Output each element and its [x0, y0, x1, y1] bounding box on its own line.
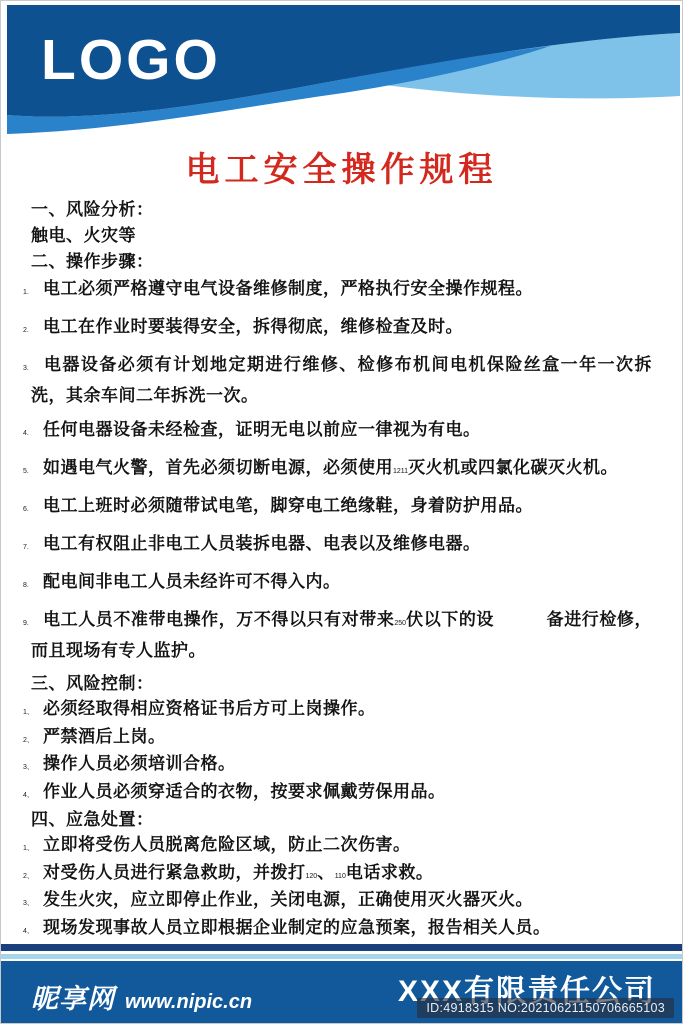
line-text: 四、应急处置：	[31, 810, 154, 829]
body-line: 6.电工上班时必须随带试电笔，脚穿电工绝缘鞋，身着防护用品。	[31, 492, 652, 523]
line-text: 、	[317, 863, 335, 882]
list-marker: 9.	[23, 610, 37, 637]
line-text: 现场发现事故人员立即根据企业制定的应急预案，报告相关人员。	[43, 918, 551, 937]
site-logo-text: 昵享网	[31, 984, 115, 1014]
body-line: 5.如遇电气火警，首先必须切断电源，必须使用1211灭火机或四氯化碳灭火机。	[31, 454, 652, 485]
list-marker: 2、	[23, 729, 37, 753]
line-text: 操作人员必须培训合格。	[43, 754, 236, 773]
body-line: 4、现场发现事故人员立即根据企业制定的应急预案，报告相关人员。	[31, 916, 652, 944]
body-line: 9.电工人员不准带电操作，万不得以只有对带来250伏以下的设 备进行检修，而且现…	[31, 606, 652, 664]
line-text: 灭火机或四氯化碳灭火机。	[408, 458, 618, 477]
list-marker: 2、	[23, 865, 37, 889]
line-text: 如遇电气火警，首先必须切断电源，必须使用	[43, 458, 393, 477]
list-marker: 3、	[23, 892, 37, 916]
body-line: 3.电器设备必须有计划地定期进行维修、检修布机间电机保险丝盒一年一次拆洗，其余车…	[31, 351, 652, 409]
line-text: 一、风险分析：	[31, 200, 154, 219]
line-text: 电话求救。	[346, 863, 434, 882]
section-heading: 四、应急处置：	[31, 807, 652, 833]
footer-bar: 昵享网www.nipic.cn XXX有限责任公司 ID:4918315 NO:…	[1, 961, 682, 1023]
line-text: 触电、火灾等	[31, 226, 136, 245]
list-marker: 3.	[23, 355, 37, 382]
id-watermark: ID:4918315 NO:20210621150706665103	[417, 998, 674, 1018]
body-line: 2、对受伤人员进行紧急救助，并拨打120、110电话求救。	[31, 861, 652, 889]
line-text: 任何电器设备未经检查，证明无电以前应一律视为有电。	[43, 420, 481, 439]
body-line: 3、发生火灾，应立即停止作业，关闭电源，正确使用灭火器灭火。	[31, 888, 652, 916]
line-text: 电工必须严格遵守电气设备维修制度，严格执行安全操作规程。	[43, 279, 533, 298]
site-credit: 昵享网www.nipic.cn	[31, 977, 252, 1016]
section-heading: 三、风险控制：	[31, 671, 652, 697]
line-text: 电工有权阻止非电工人员装拆电器、电表以及维修电器。	[43, 534, 481, 553]
body-line: 3、操作人员必须培训合格。	[31, 752, 652, 780]
tiny-number: 110	[335, 873, 346, 880]
tiny-number: 120	[306, 873, 318, 880]
list-marker: 4、	[23, 784, 37, 808]
body-line: 4.任何电器设备未经检查，证明无电以前应一律视为有电。	[31, 416, 652, 447]
line-text: 对受伤人员进行紧急救助，并拨打	[43, 863, 306, 882]
list-marker: 7.	[23, 534, 37, 561]
section-heading: 一、风险分析：	[31, 197, 652, 223]
list-marker: 5.	[23, 458, 37, 485]
line-text: 必须经取得相应资格证书后方可上岗操作。	[43, 699, 376, 718]
list-marker: 3、	[23, 756, 37, 780]
line-text: 作业人员必须穿适合的衣物，按要求佩戴劳保用品。	[43, 782, 446, 801]
list-marker: 4.	[23, 420, 37, 447]
line-text: 发生火灾，应立即停止作业，关闭电源，正确使用灭火器灭火。	[43, 890, 533, 909]
body-line: 8.配电间非电工人员未经许可不得入内。	[31, 568, 652, 599]
footer-stripes	[1, 944, 682, 961]
list-marker: 4、	[23, 920, 37, 944]
header-banner: LOGO	[7, 5, 680, 136]
page-title: 电工安全操作规程	[1, 142, 682, 191]
line-text: 电工上班时必须随带试电笔，脚穿电工绝缘鞋，身着防护用品。	[43, 496, 533, 515]
list-marker: 2.	[23, 317, 37, 344]
list-marker: 6.	[23, 496, 37, 523]
body-line: 1、立即将受伤人员脱离危险区域，防止二次伤害。	[31, 833, 652, 861]
navy-stripe	[1, 944, 682, 951]
tiny-number: 1211	[393, 468, 408, 475]
body-line: 触电、火灾等	[31, 223, 652, 249]
section-heading: 二、操作步骤：	[31, 249, 652, 275]
body-line: 1.电工必须严格遵守电气设备维修制度，严格执行安全操作规程。	[31, 275, 652, 306]
line-text: 电工人员不准带电操作，万不得以只有对带来	[43, 610, 394, 629]
list-marker: 1.	[23, 279, 37, 306]
poster-page: LOGO 电工安全操作规程 一、风险分析：触电、火灾等二、操作步骤：1.电工必须…	[0, 0, 683, 1024]
body-line: 4、作业人员必须穿适合的衣物，按要求佩戴劳保用品。	[31, 780, 652, 808]
body-line: 2、严禁酒后上岗。	[31, 725, 652, 753]
line-text: 配电间非电工人员未经许可不得入内。	[43, 572, 341, 591]
line-text: 立即将受伤人员脱离危险区域，防止二次伤害。	[43, 835, 411, 854]
body-text: 一、风险分析：触电、火灾等二、操作步骤：1.电工必须严格遵守电气设备维修制度，严…	[1, 191, 682, 944]
tiny-number: 250	[394, 620, 406, 627]
list-marker: 8.	[23, 572, 37, 599]
list-marker: 1、	[23, 701, 37, 725]
list-marker: 1、	[23, 837, 37, 861]
line-text: 电工在作业时要装得安全，拆得彻底，维修检查及时。	[43, 317, 463, 336]
line-text: 严禁酒后上岗。	[43, 727, 166, 746]
logo-text: LOGO	[41, 27, 221, 93]
body-line: 1、必须经取得相应资格证书后方可上岗操作。	[31, 697, 652, 725]
line-text: 二、操作步骤：	[31, 252, 154, 271]
body-line: 7.电工有权阻止非电工人员装拆电器、电表以及维修电器。	[31, 530, 652, 561]
line-text: 三、风险控制：	[31, 674, 154, 693]
body-line: 2.电工在作业时要装得安全，拆得彻底，维修检查及时。	[31, 313, 652, 344]
site-url: www.nipic.cn	[125, 991, 252, 1013]
line-text: 电器设备必须有计划地定期进行维修、检修布机间电机保险丝盒一年一次拆洗，其余车间二…	[31, 355, 652, 405]
